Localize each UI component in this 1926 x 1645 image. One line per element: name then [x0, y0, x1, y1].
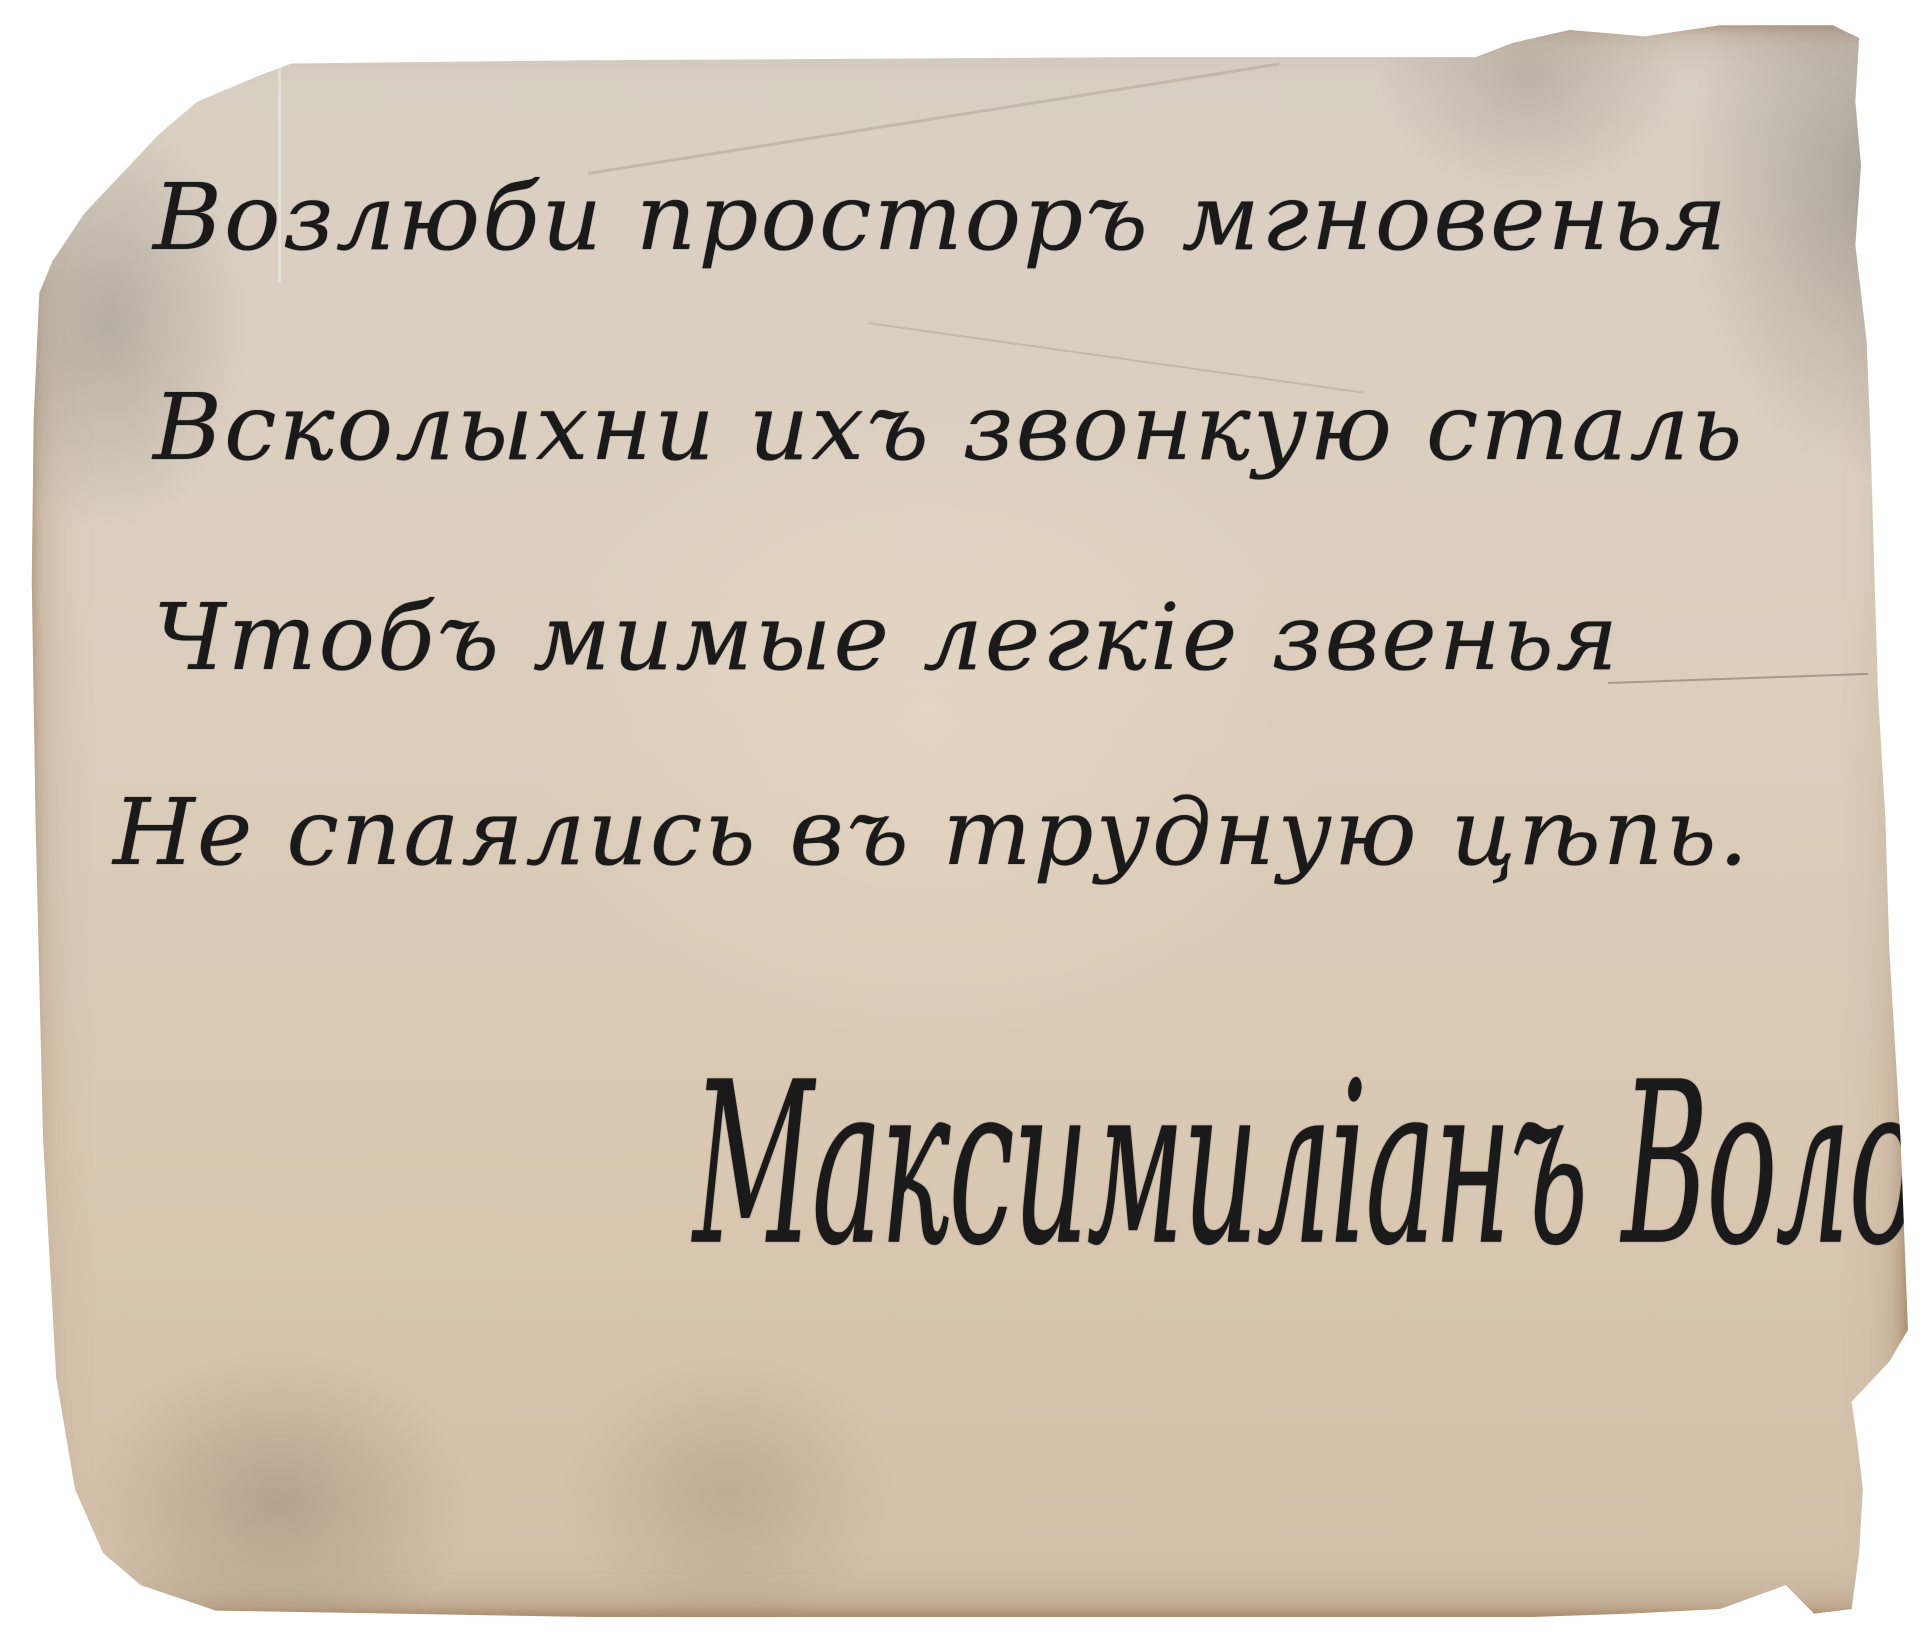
poem-line-1: Возлюби просторъ мгновенья: [153, 172, 1729, 264]
author-signature: Максимиліанъ Волошинъ: [693, 1033, 1926, 1295]
poem-line-2: Всколыхни ихъ звонкую сталь: [153, 382, 1744, 474]
aged-paper-sheet: Возлюби просторъ мгновенья Всколыхни ихъ…: [28, 22, 1908, 1617]
poem-line-4: Не спаялись въ трудную цѣпь.: [113, 787, 1750, 879]
poem-line-3: Чтобъ мимые легкіе звенья: [153, 592, 1620, 684]
paper-crease: [588, 63, 1280, 175]
photo-stage: Возлюби просторъ мгновенья Всколыхни ихъ…: [0, 0, 1926, 1645]
paper-crease: [1608, 673, 1868, 684]
